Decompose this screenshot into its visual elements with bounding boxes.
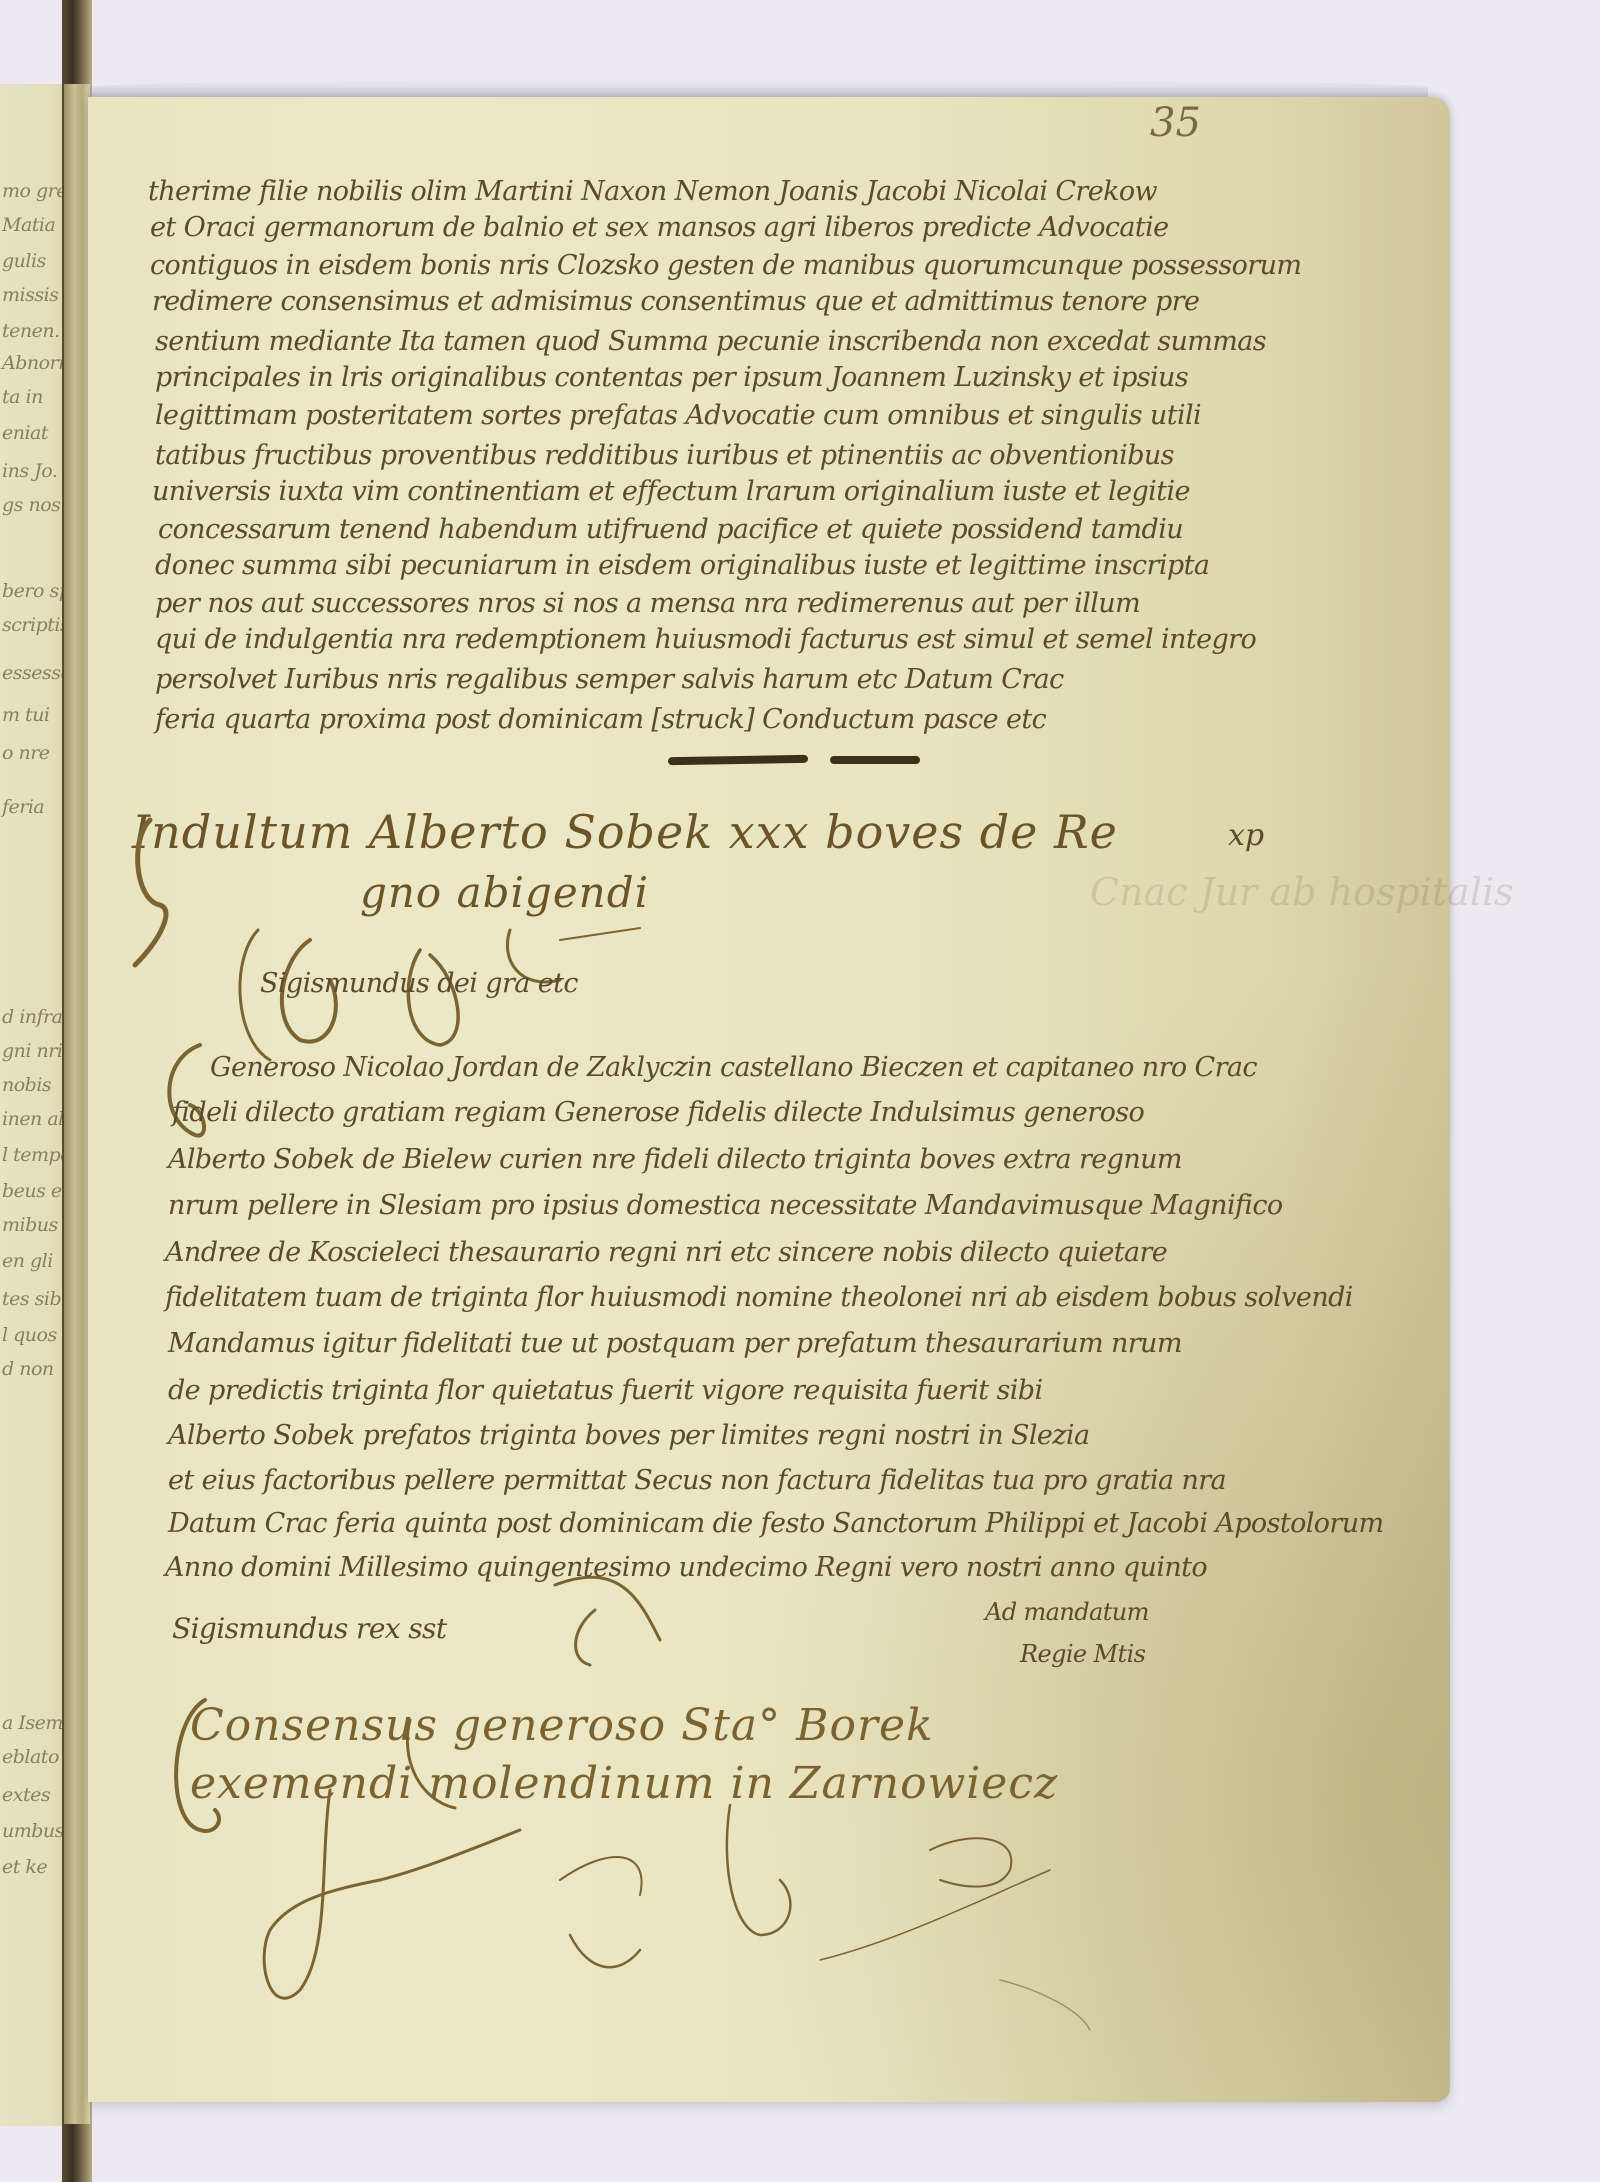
text-line: et eius factoribus pellere permittat Sec… [168,1465,1226,1496]
chancery-note-line: Regie Mtis [1020,1640,1145,1668]
text-line: Andree de Koscieleci thesaurario regni n… [165,1237,1167,1268]
text-line: Datum Crac feria quinta post dominicam d… [168,1508,1384,1539]
heading-line: exemendi molendinum in Zarnowiecz [190,1758,1058,1809]
royal-signature: Sigismundus rex sst [172,1612,446,1645]
text-line: nrum pellere in Slesiam pro ipsius domes… [168,1190,1283,1221]
text-line: Mandamus igitur fidelitati tue ut postqu… [168,1328,1182,1359]
invocation-line: Sigismundus dei gra etc [260,968,578,999]
text-line: Alberto Sobek de Bielew curien nre fidel… [168,1144,1182,1175]
text-line: Alberto Sobek prefatos triginta boves pe… [168,1420,1089,1451]
chancery-note-line: Ad mandatum [985,1598,1149,1626]
text-line: fidelitatem tuam de triginta flor huiusm… [165,1282,1353,1313]
text-line: de predictis triginta flor quietatus fue… [168,1375,1042,1406]
text-line: Generoso Nicolao Jordan de Zaklyczin cas… [210,1052,1257,1083]
heading-line: Consensus generoso Sta° Borek [190,1700,934,1751]
text-line: Anno domini Millesimo quingentesimo unde… [165,1552,1207,1583]
decorative-flourish-icon [0,0,1600,2182]
text-line: fideli dilecto gratiam regiam Generose f… [172,1097,1144,1128]
